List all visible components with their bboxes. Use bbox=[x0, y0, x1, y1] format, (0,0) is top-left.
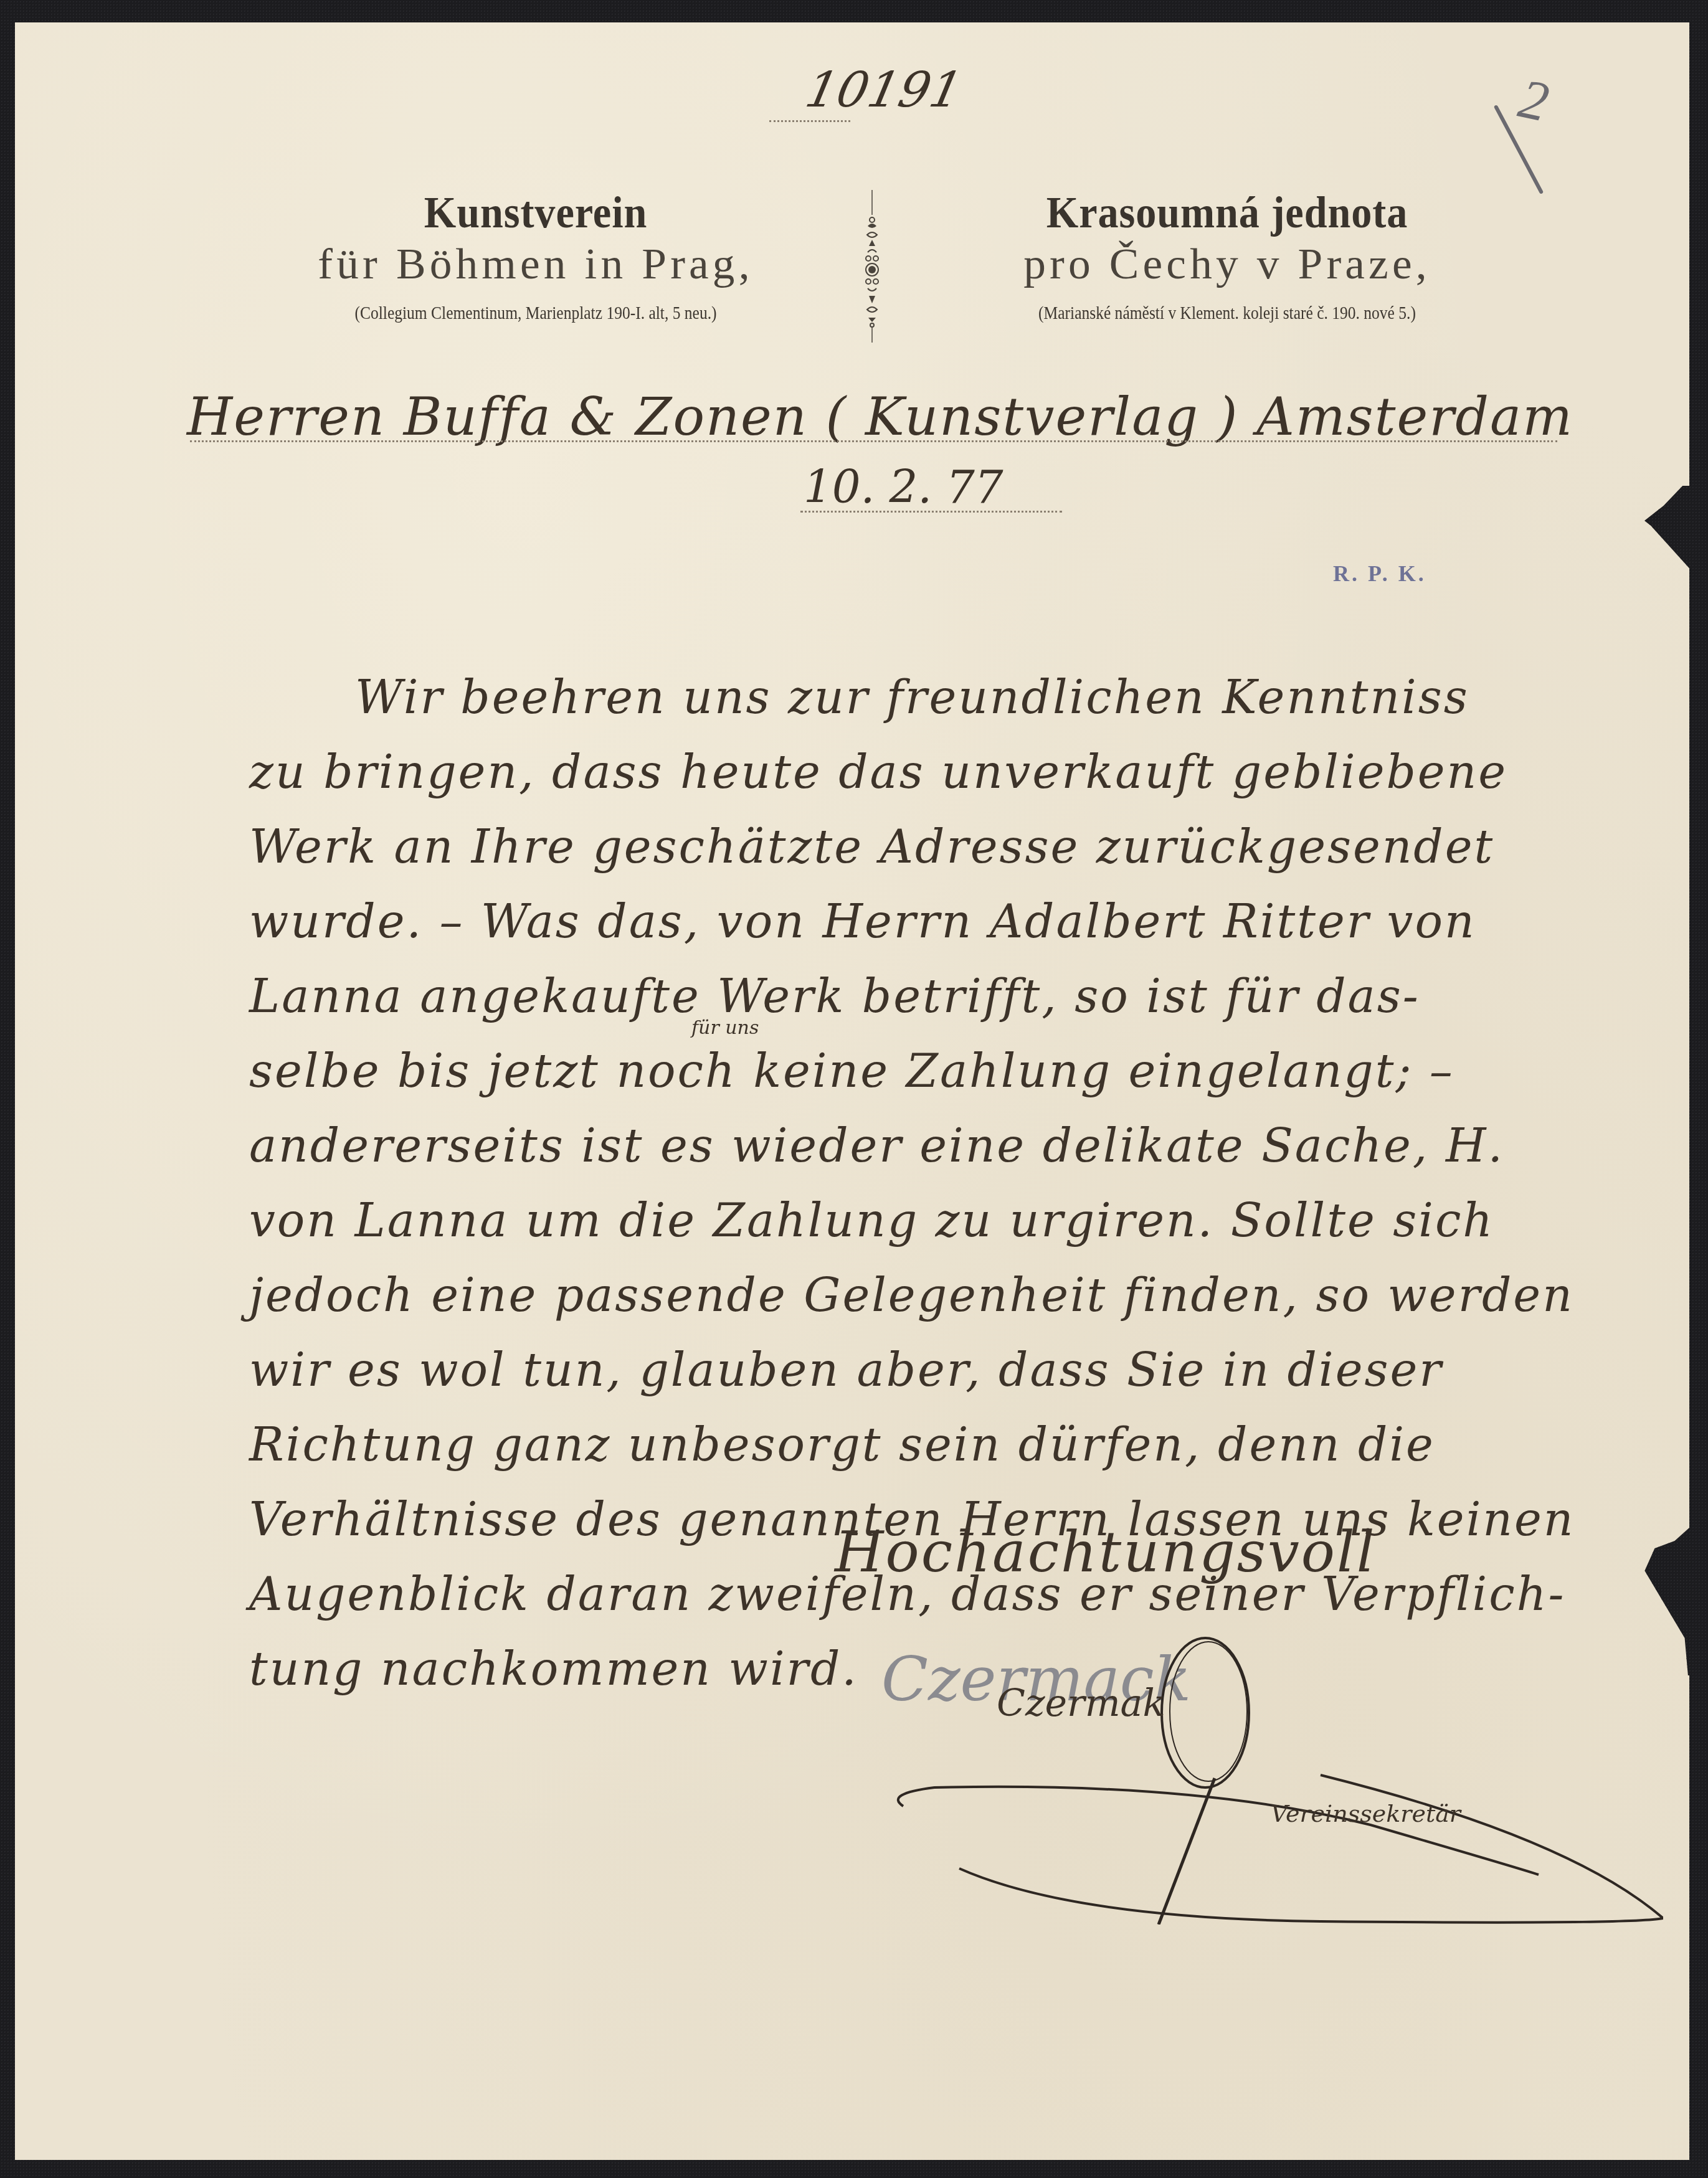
interlinear-insertion: für uns bbox=[691, 1017, 759, 1039]
letterhead-address-cz: (Marianské náměstí v Klement. koleji sta… bbox=[937, 303, 1518, 324]
body-line: andererseits ist es wieder eine delikate… bbox=[249, 1109, 1582, 1183]
letterhead-czech: Krasoumná jednota pro Čechy v Praze, (Ma… bbox=[897, 187, 1557, 324]
letterhead-title-cz: Krasoumná jednota bbox=[923, 187, 1530, 239]
date-rule bbox=[800, 511, 1062, 513]
archive-number-rule bbox=[769, 120, 850, 122]
letterhead-subtitle-cz: pro Čechy v Praze, bbox=[890, 240, 1563, 290]
ornamental-divider-icon bbox=[863, 190, 881, 343]
closing-salutation: Hochachtungsvoll bbox=[835, 1520, 1377, 1585]
letterhead-german: Kunstverein für Böhmen in Prag, (Collegi… bbox=[224, 187, 847, 324]
letter-date: 10. 2. 77 bbox=[804, 461, 1003, 513]
body-line: Wir beehren uns zur freundlichen Kenntni… bbox=[249, 660, 1582, 735]
recipient-line: Herren Buffa & Zonen ( Kunstverlag ) Ams… bbox=[187, 386, 1573, 447]
body-line: wir es wol tun, glauben aber, dass Sie i… bbox=[249, 1333, 1582, 1408]
letterhead-subtitle-de: für Böhmen in Prag, bbox=[218, 240, 853, 290]
body-line: Richtung ganz unbesorgt sein dürfen, den… bbox=[249, 1408, 1582, 1482]
signature-flourish-icon bbox=[885, 1632, 1663, 1925]
rpk-stamp: R. P. K. bbox=[1333, 561, 1426, 587]
archive-number: 10191 bbox=[800, 62, 967, 118]
body-line: von Lanna um die Zahlung zu urgiren. Sol… bbox=[249, 1183, 1582, 1258]
body-line: selbe bis jetzt noch keine Zahlung einge… bbox=[249, 1034, 1582, 1109]
recipient-rule bbox=[190, 440, 1557, 442]
body-line: wurde. – Was das, von Herrn Adalbert Rit… bbox=[249, 884, 1582, 959]
ink-signature: Czermak bbox=[997, 1682, 1165, 1725]
body-line: zu bringen, dass heute das unverkauft ge… bbox=[249, 735, 1582, 810]
letterhead-address-de: (Collegium Clementinum, Marienplatz 190-… bbox=[262, 303, 810, 324]
letterhead-title-de: Kunstverein bbox=[249, 187, 822, 239]
body-line: Lanna angekaufte Werk betrifft, so ist f… bbox=[249, 959, 1582, 1034]
body-line: jedoch eine passende Gelegenheit finden,… bbox=[249, 1258, 1582, 1333]
body-line: Werk an Ihre geschätzte Adresse zurückge… bbox=[249, 810, 1582, 884]
signature-subtitle: Vereinssekretär bbox=[1271, 1800, 1461, 1827]
